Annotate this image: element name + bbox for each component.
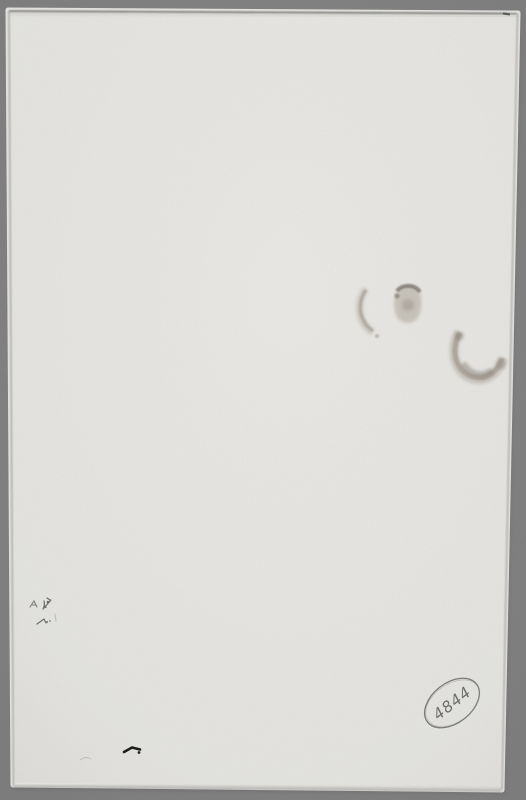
scan-canvas: 4844	[0, 0, 526, 800]
scanned-photo-verso: 4844	[0, 0, 526, 800]
grain-overlay	[0, 0, 526, 800]
